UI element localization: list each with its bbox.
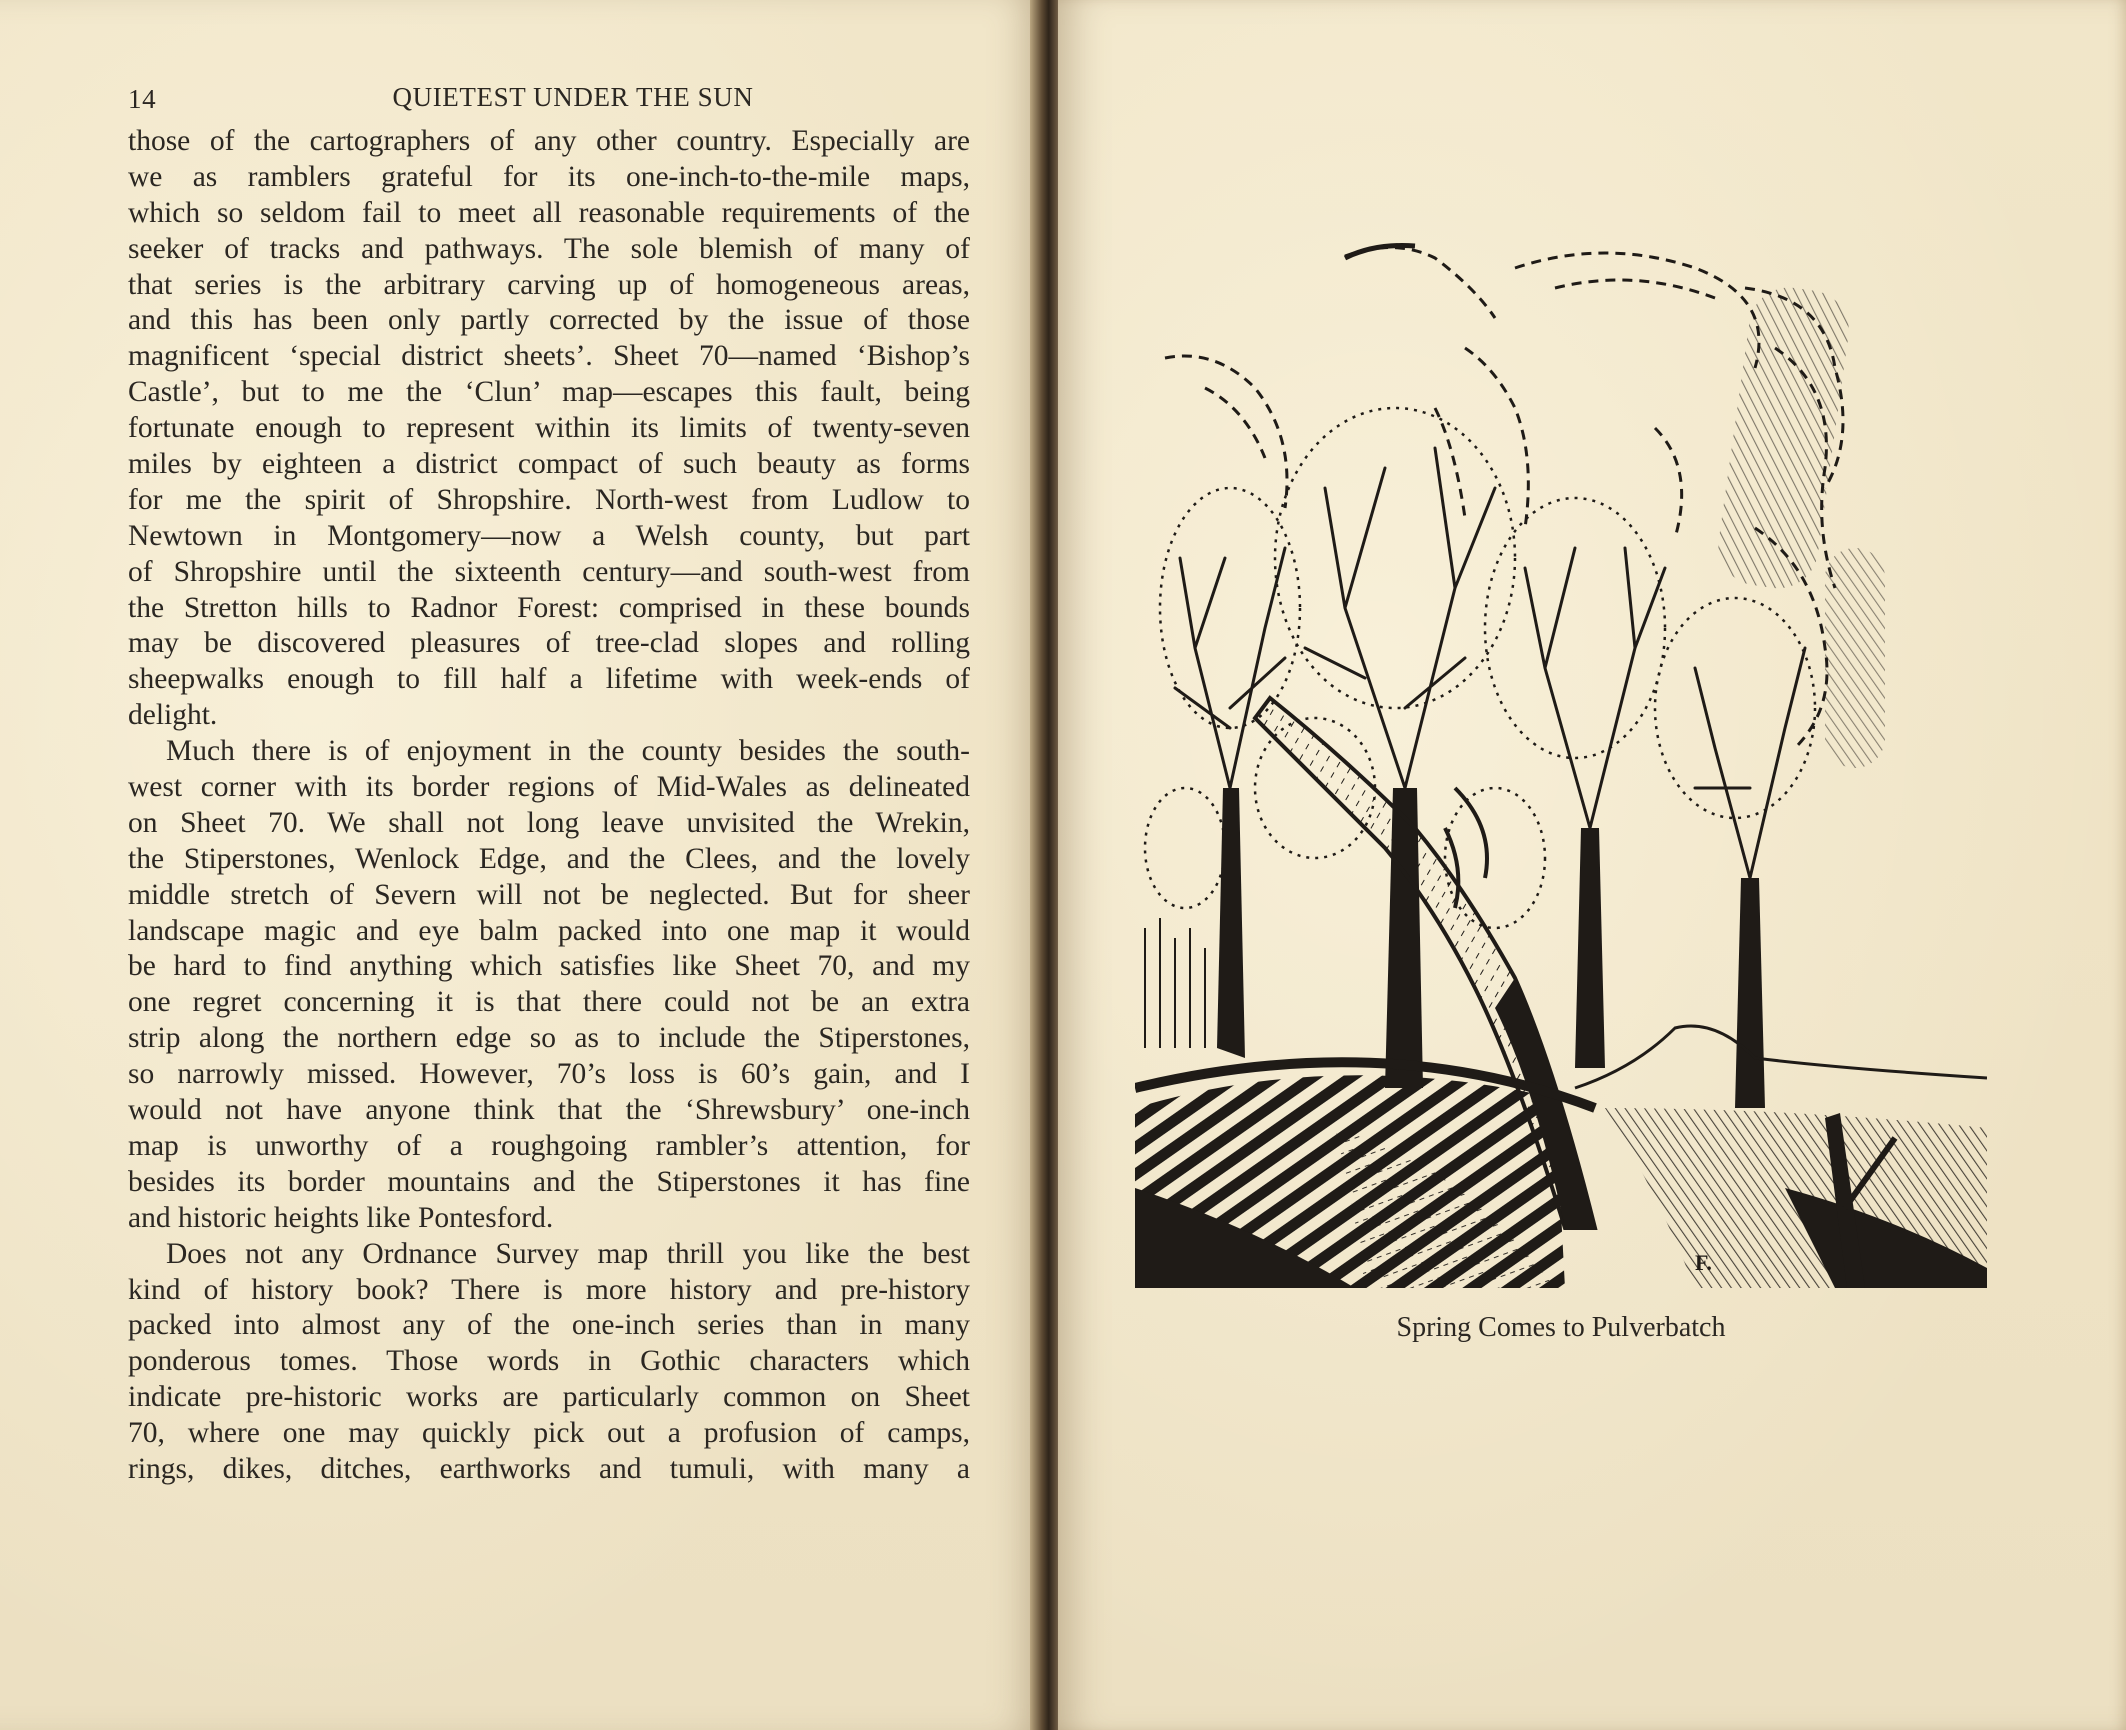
text-line: so narrowly missed. However, 70’s loss i… bbox=[128, 1057, 970, 1093]
text-line: map is unworthy of a roughgoing rambler’… bbox=[128, 1129, 970, 1165]
text-line: the Stiperstones, Wenlock Edge, and the … bbox=[128, 842, 970, 878]
text-line: those of the cartographers of any other … bbox=[128, 124, 970, 160]
text-line: one regret concerning it is that there c… bbox=[128, 985, 970, 1021]
text-line: and this has been only partly corrected … bbox=[128, 303, 970, 339]
paragraph: Does not any Ordnance Survey map thrill … bbox=[128, 1237, 970, 1488]
paragraph: Much there is of enjoyment in the county… bbox=[128, 734, 970, 1236]
text-line: would not have anyone think that the ‘Sh… bbox=[128, 1093, 970, 1129]
tree-canopies bbox=[1145, 408, 1815, 928]
text-line: fortunate enough to represent within its… bbox=[128, 411, 970, 447]
paragraph: those of the cartographers of any other … bbox=[128, 124, 970, 734]
text-line: seeker of tracks and pathways. The sole … bbox=[128, 232, 970, 268]
text-line: besides its border mountains and the Sti… bbox=[128, 1165, 970, 1201]
text-line: may be discovered pleasures of tree-clad… bbox=[128, 626, 970, 662]
woodcut-illustration: F. bbox=[1135, 228, 1987, 1288]
text-line: which so seldom fail to meet all reasona… bbox=[128, 196, 970, 232]
book-spread: 14 QUIETEST UNDER THE SUN those of the c… bbox=[0, 0, 2126, 1730]
text-line: and historic heights like Pontesford. bbox=[128, 1201, 970, 1237]
text-line: miles by eighteen a district compact of … bbox=[128, 447, 970, 483]
text-line: ponderous tomes. Those words in Gothic c… bbox=[128, 1344, 970, 1380]
text-line: middle stretch of Severn will not be neg… bbox=[128, 878, 970, 914]
text-line: Much there is of enjoyment in the county… bbox=[128, 734, 970, 770]
text-line: magnificent ‘special district sheets’. S… bbox=[128, 339, 970, 375]
text-line: delight. bbox=[128, 698, 970, 734]
text-line: for me the spirit of Shropshire. North-w… bbox=[128, 483, 970, 519]
text-line: of Shropshire until the sixteenth centur… bbox=[128, 555, 970, 591]
distant-hill bbox=[1575, 1026, 1987, 1088]
text-line: west corner with its border regions of M… bbox=[128, 770, 970, 806]
artist-signature: F. bbox=[1695, 1250, 1712, 1275]
text-line: 70, where one may quickly pick out a pro… bbox=[128, 1416, 970, 1452]
text-line: Does not any Ordnance Survey map thrill … bbox=[128, 1237, 970, 1273]
text-line: on Sheet 70. We shall not long leave unv… bbox=[128, 806, 970, 842]
left-page: 14 QUIETEST UNDER THE SUN those of the c… bbox=[0, 0, 1040, 1730]
text-line: indicate pre-historic works are particul… bbox=[128, 1380, 970, 1416]
text-line: sheepwalks enough to fill half a lifetim… bbox=[128, 662, 970, 698]
text-line: rings, dikes, ditches, earthworks and tu… bbox=[128, 1452, 970, 1488]
text-line: that series is the arbitrary carving up … bbox=[128, 268, 970, 304]
text-line: Castle’, but to me the ‘Clun’ map—escape… bbox=[128, 375, 970, 411]
running-header-title: QUIETEST UNDER THE SUN bbox=[128, 82, 968, 113]
text-line: we as ramblers grateful for its one-inch… bbox=[128, 160, 970, 196]
text-line: strip along the northern edge so as to i… bbox=[128, 1021, 970, 1057]
illustration-caption: Spring Comes to Pulverbatch bbox=[1135, 1312, 1987, 1344]
distant-trees bbox=[1145, 918, 1205, 1048]
running-head: 14 QUIETEST UNDER THE SUN bbox=[128, 82, 968, 122]
body-text: those of the cartographers of any other … bbox=[128, 124, 970, 1488]
text-line: be hard to find anything which satisfies… bbox=[128, 949, 970, 985]
text-line: packed into almost any of the one-inch s… bbox=[128, 1308, 970, 1344]
text-line: landscape magic and eye balm packed into… bbox=[128, 914, 970, 950]
text-line: kind of history book? There is more hist… bbox=[128, 1273, 970, 1309]
text-line: Newtown in Montgomery—now a Welsh county… bbox=[128, 519, 970, 555]
text-line: the Stretton hills to Radnor Forest: com… bbox=[128, 591, 970, 627]
